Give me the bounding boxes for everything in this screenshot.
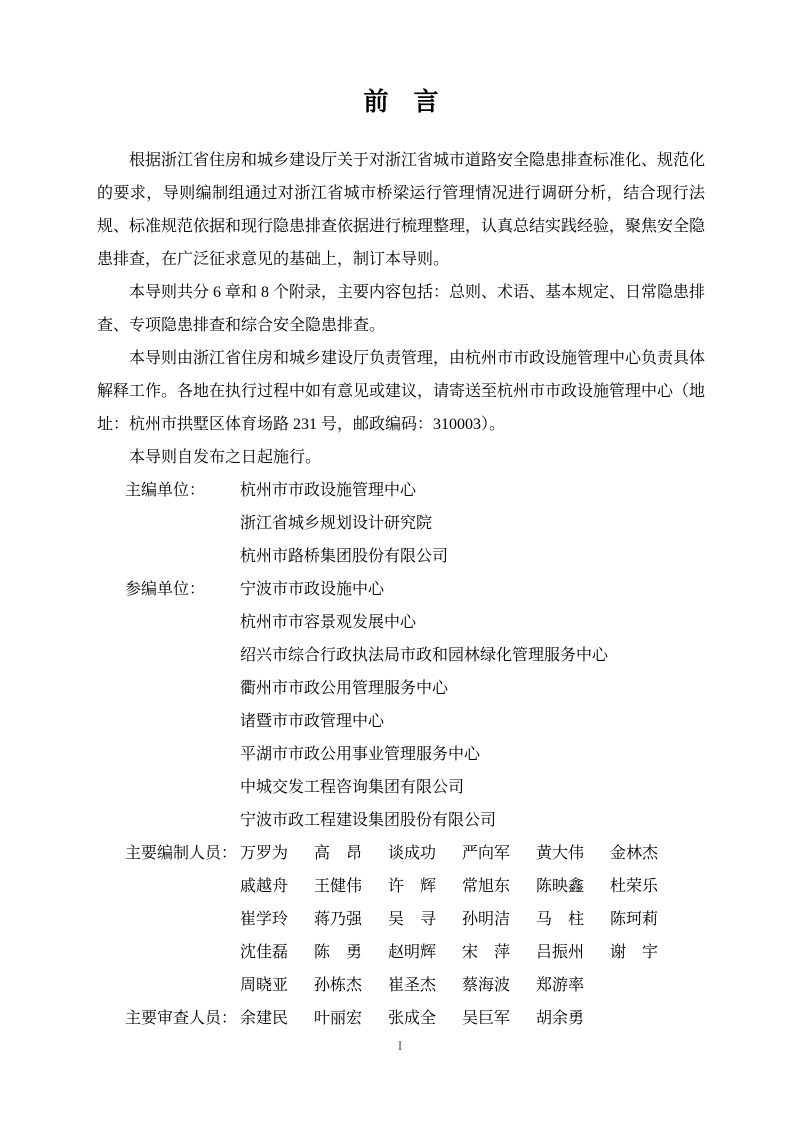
section-label: 主要编制人员： <box>97 837 240 1002</box>
person-name: 戚越舟 <box>240 870 288 903</box>
unit-item: 绍兴市综合行政执法局市政和园林绿化管理服务中心 <box>240 639 705 672</box>
person-name: 胡余勇 <box>536 1002 584 1035</box>
paragraph: 本导则共分 6 章和 8 个附录，主要内容包括：总则、术语、基本规定、日常隐患排… <box>97 276 705 342</box>
page-number: I <box>0 1038 800 1054</box>
person-name: 陈 勇 <box>314 936 362 969</box>
paragraphs: 根据浙江省住房和城乡建设厅关于对浙江省城市道路安全隐患排查标准化、规范化的要求，… <box>97 144 705 474</box>
name-row: 万罗为高 昂谈成功严向军黄大伟金林杰 <box>240 837 705 870</box>
person-name: 常旭东 <box>462 870 510 903</box>
person-name: 张成全 <box>388 1002 436 1035</box>
person-name: 孙明洁 <box>462 903 510 936</box>
name-row: 崔学玲蒋乃强吴 寻孙明洁马 柱陈珂莉 <box>240 903 705 936</box>
person-name: 宋 萍 <box>462 936 510 969</box>
unit-item: 平湖市市政公用事业管理服务中心 <box>240 738 705 771</box>
person-name: 孙栋杰 <box>314 969 362 1002</box>
section-label: 主编单位： <box>97 474 240 573</box>
unit-item: 中城交发工程咨询集团有限公司 <box>240 771 705 804</box>
unit-item: 衢州市市政公用管理服务中心 <box>240 672 705 705</box>
person-name: 陈映鑫 <box>536 870 584 903</box>
section-items: 杭州市市政设施管理中心浙江省城乡规划设计研究院杭州市路桥集团股份有限公司 <box>240 474 705 573</box>
person-name: 崔学玲 <box>240 903 288 936</box>
person-name: 严向军 <box>462 837 510 870</box>
person-name: 金林杰 <box>610 837 658 870</box>
unit-item: 宁波市政工程建设集团股份有限公司 <box>240 804 705 837</box>
person-name: 蒋乃强 <box>314 903 362 936</box>
name-row: 周晓亚孙栋杰崔圣杰蔡海波郑游率 <box>240 969 705 1002</box>
unit-item: 宁波市市政设施中心 <box>240 573 705 606</box>
paragraph: 根据浙江省住房和城乡建设厅关于对浙江省城市道路安全隐患排查标准化、规范化的要求，… <box>97 144 705 276</box>
paragraph: 本导则由浙江省住房和城乡建设厅负责管理，由杭州市市政设施管理中心负责具体解释工作… <box>97 342 705 441</box>
person-name: 杜荣乐 <box>610 870 658 903</box>
person-name: 吕振州 <box>536 936 584 969</box>
person-name: 王健伟 <box>314 870 362 903</box>
person-name: 沈佳磊 <box>240 936 288 969</box>
section: 主编单位：杭州市市政设施管理中心浙江省城乡规划设计研究院杭州市路桥集团股份有限公… <box>97 474 705 573</box>
person-name: 陈珂莉 <box>610 903 658 936</box>
page-content: 前 言 根据浙江省住房和城乡建设厅关于对浙江省城市道路安全隐患排查标准化、规范化… <box>97 88 705 1035</box>
sections: 主编单位：杭州市市政设施管理中心浙江省城乡规划设计研究院杭州市路桥集团股份有限公… <box>97 474 705 1035</box>
person-name: 吴巨军 <box>462 1002 510 1035</box>
person-name: 马 柱 <box>536 903 584 936</box>
person-name: 许 辉 <box>388 870 436 903</box>
person-name: 赵明辉 <box>388 936 436 969</box>
person-name: 蔡海波 <box>462 969 510 1002</box>
section: 主要编制人员：万罗为高 昂谈成功严向军黄大伟金林杰戚越舟王健伟许 辉常旭东陈映鑫… <box>97 837 705 1002</box>
person-name: 崔圣杰 <box>388 969 436 1002</box>
unit-item: 浙江省城乡规划设计研究院 <box>240 507 705 540</box>
name-row: 余建民叶丽宏张成全吴巨军胡余勇 <box>240 1002 705 1035</box>
section-label: 主要审查人员： <box>97 1002 240 1035</box>
person-name: 郑游率 <box>536 969 584 1002</box>
section-label: 参编单位： <box>97 573 240 837</box>
person-name: 谈成功 <box>388 837 436 870</box>
person-name: 余建民 <box>240 1002 288 1035</box>
person-name: 周晓亚 <box>240 969 288 1002</box>
person-name: 高 昂 <box>314 837 362 870</box>
name-row: 戚越舟王健伟许 辉常旭东陈映鑫杜荣乐 <box>240 870 705 903</box>
unit-item: 杭州市路桥集团股份有限公司 <box>240 540 705 573</box>
unit-item: 杭州市市容景观发展中心 <box>240 606 705 639</box>
person-name: 吴 寻 <box>388 903 436 936</box>
name-row: 沈佳磊陈 勇赵明辉宋 萍吕振州谢 宇 <box>240 936 705 969</box>
person-name: 黄大伟 <box>536 837 584 870</box>
section-items: 宁波市市政设施中心杭州市市容景观发展中心绍兴市综合行政执法局市政和园林绿化管理服… <box>240 573 705 837</box>
person-name: 叶丽宏 <box>314 1002 362 1035</box>
unit-item: 诸暨市市政管理中心 <box>240 705 705 738</box>
section-items: 余建民叶丽宏张成全吴巨军胡余勇 <box>240 1002 705 1035</box>
unit-item: 杭州市市政设施管理中心 <box>240 474 705 507</box>
paragraph: 本导则自发布之日起施行。 <box>97 441 705 474</box>
person-name: 万罗为 <box>240 837 288 870</box>
section: 主要审查人员：余建民叶丽宏张成全吴巨军胡余勇 <box>97 1002 705 1035</box>
section: 参编单位：宁波市市政设施中心杭州市市容景观发展中心绍兴市综合行政执法局市政和园林… <box>97 573 705 837</box>
page-title: 前 言 <box>97 88 705 118</box>
person-name: 谢 宇 <box>610 936 658 969</box>
document-page: 前 言 根据浙江省住房和城乡建设厅关于对浙江省城市道路安全隐患排查标准化、规范化… <box>0 0 800 1132</box>
section-items: 万罗为高 昂谈成功严向军黄大伟金林杰戚越舟王健伟许 辉常旭东陈映鑫杜荣乐崔学玲蒋… <box>240 837 705 1002</box>
